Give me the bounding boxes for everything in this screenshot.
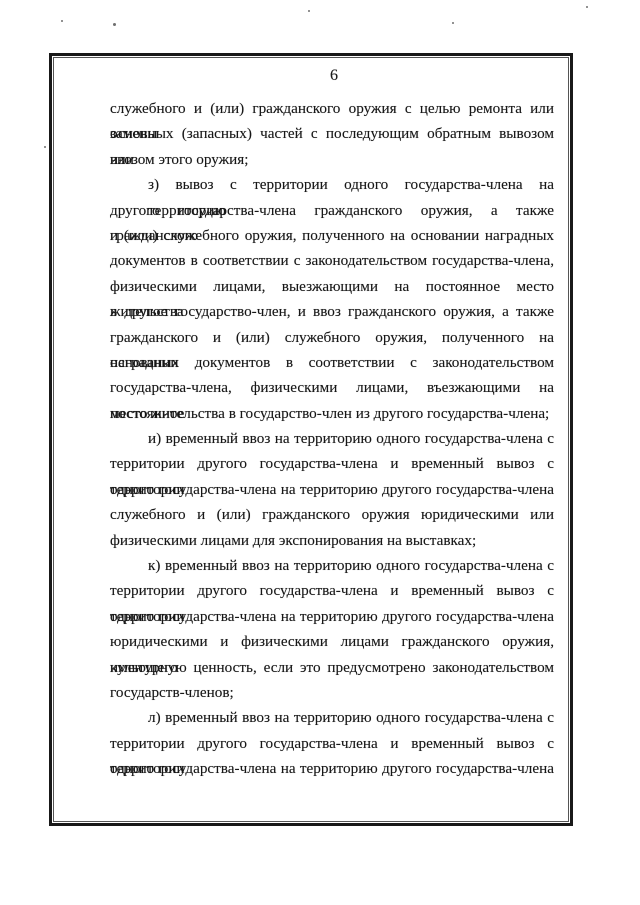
text-line: служебного и (или) гражданского оружия ю… [110,502,554,527]
text-line: культурную ценность, если это предусмотр… [110,655,554,680]
text-line: территории другого государства-члена и в… [110,451,554,476]
text-line: территории другого государства-члена и в… [110,578,554,603]
text-line: одного государства-члена на территорию д… [110,604,554,629]
text-line: место жительства в государство-член из д… [110,401,554,426]
text-line: государств-членов; [110,680,554,705]
text-line: физическими лицами, выезжающими на посто… [110,274,554,299]
text-line: территории другого государства-члена и в… [110,731,554,756]
text-line: и (или) служебного оружия, полученного н… [110,223,554,248]
scan-speckle [586,6,588,8]
text-line: другого государства-члена гражданского о… [110,198,554,223]
page-border: 6 служебного и (или) гражданского оружия… [49,53,573,826]
text-line: служебного и (или) гражданского оружия с… [110,96,554,121]
scan-speckle [44,146,46,148]
text-line: одного государства-члена на территорию д… [110,477,554,502]
text-line: з) вывоз с территории одного государства… [110,172,554,197]
document-text: служебного и (или) гражданского оружия с… [110,96,554,782]
text-line: л) временный ввоз на территорию одного г… [110,705,554,730]
text-line: документов в соответствии с законодатель… [110,248,554,273]
text-line: наградных документов в соответствии с за… [110,350,554,375]
scan-speckle [113,23,116,26]
scan-speckle [61,20,63,22]
text-line: и) временный ввоз на территорию одного г… [110,426,554,451]
text-line: гражданского и (или) служебного оружия, … [110,325,554,350]
text-line: юридическими и физическими лицами гражда… [110,629,554,654]
scan-speckle [452,22,454,24]
text-line: одного государства-члена на территорию д… [110,756,554,781]
page-content: 6 служебного и (или) гражданского оружия… [54,58,568,782]
text-line: основных (запасных) частей с последующим… [110,121,554,146]
text-line: ввозом этого оружия; [110,147,554,172]
scan-speckle [308,10,310,12]
text-line: физическими лицами для экспонирования на… [110,528,554,553]
text-line: в другое государство-член, и ввоз гражда… [110,299,554,324]
text-line: к) временный ввоз на территорию одного г… [110,553,554,578]
page-border-inner-line: 6 служебного и (или) гражданского оружия… [53,57,569,822]
text-line: государства-члена, физическими лицами, в… [110,375,554,400]
page-number: 6 [112,67,556,85]
